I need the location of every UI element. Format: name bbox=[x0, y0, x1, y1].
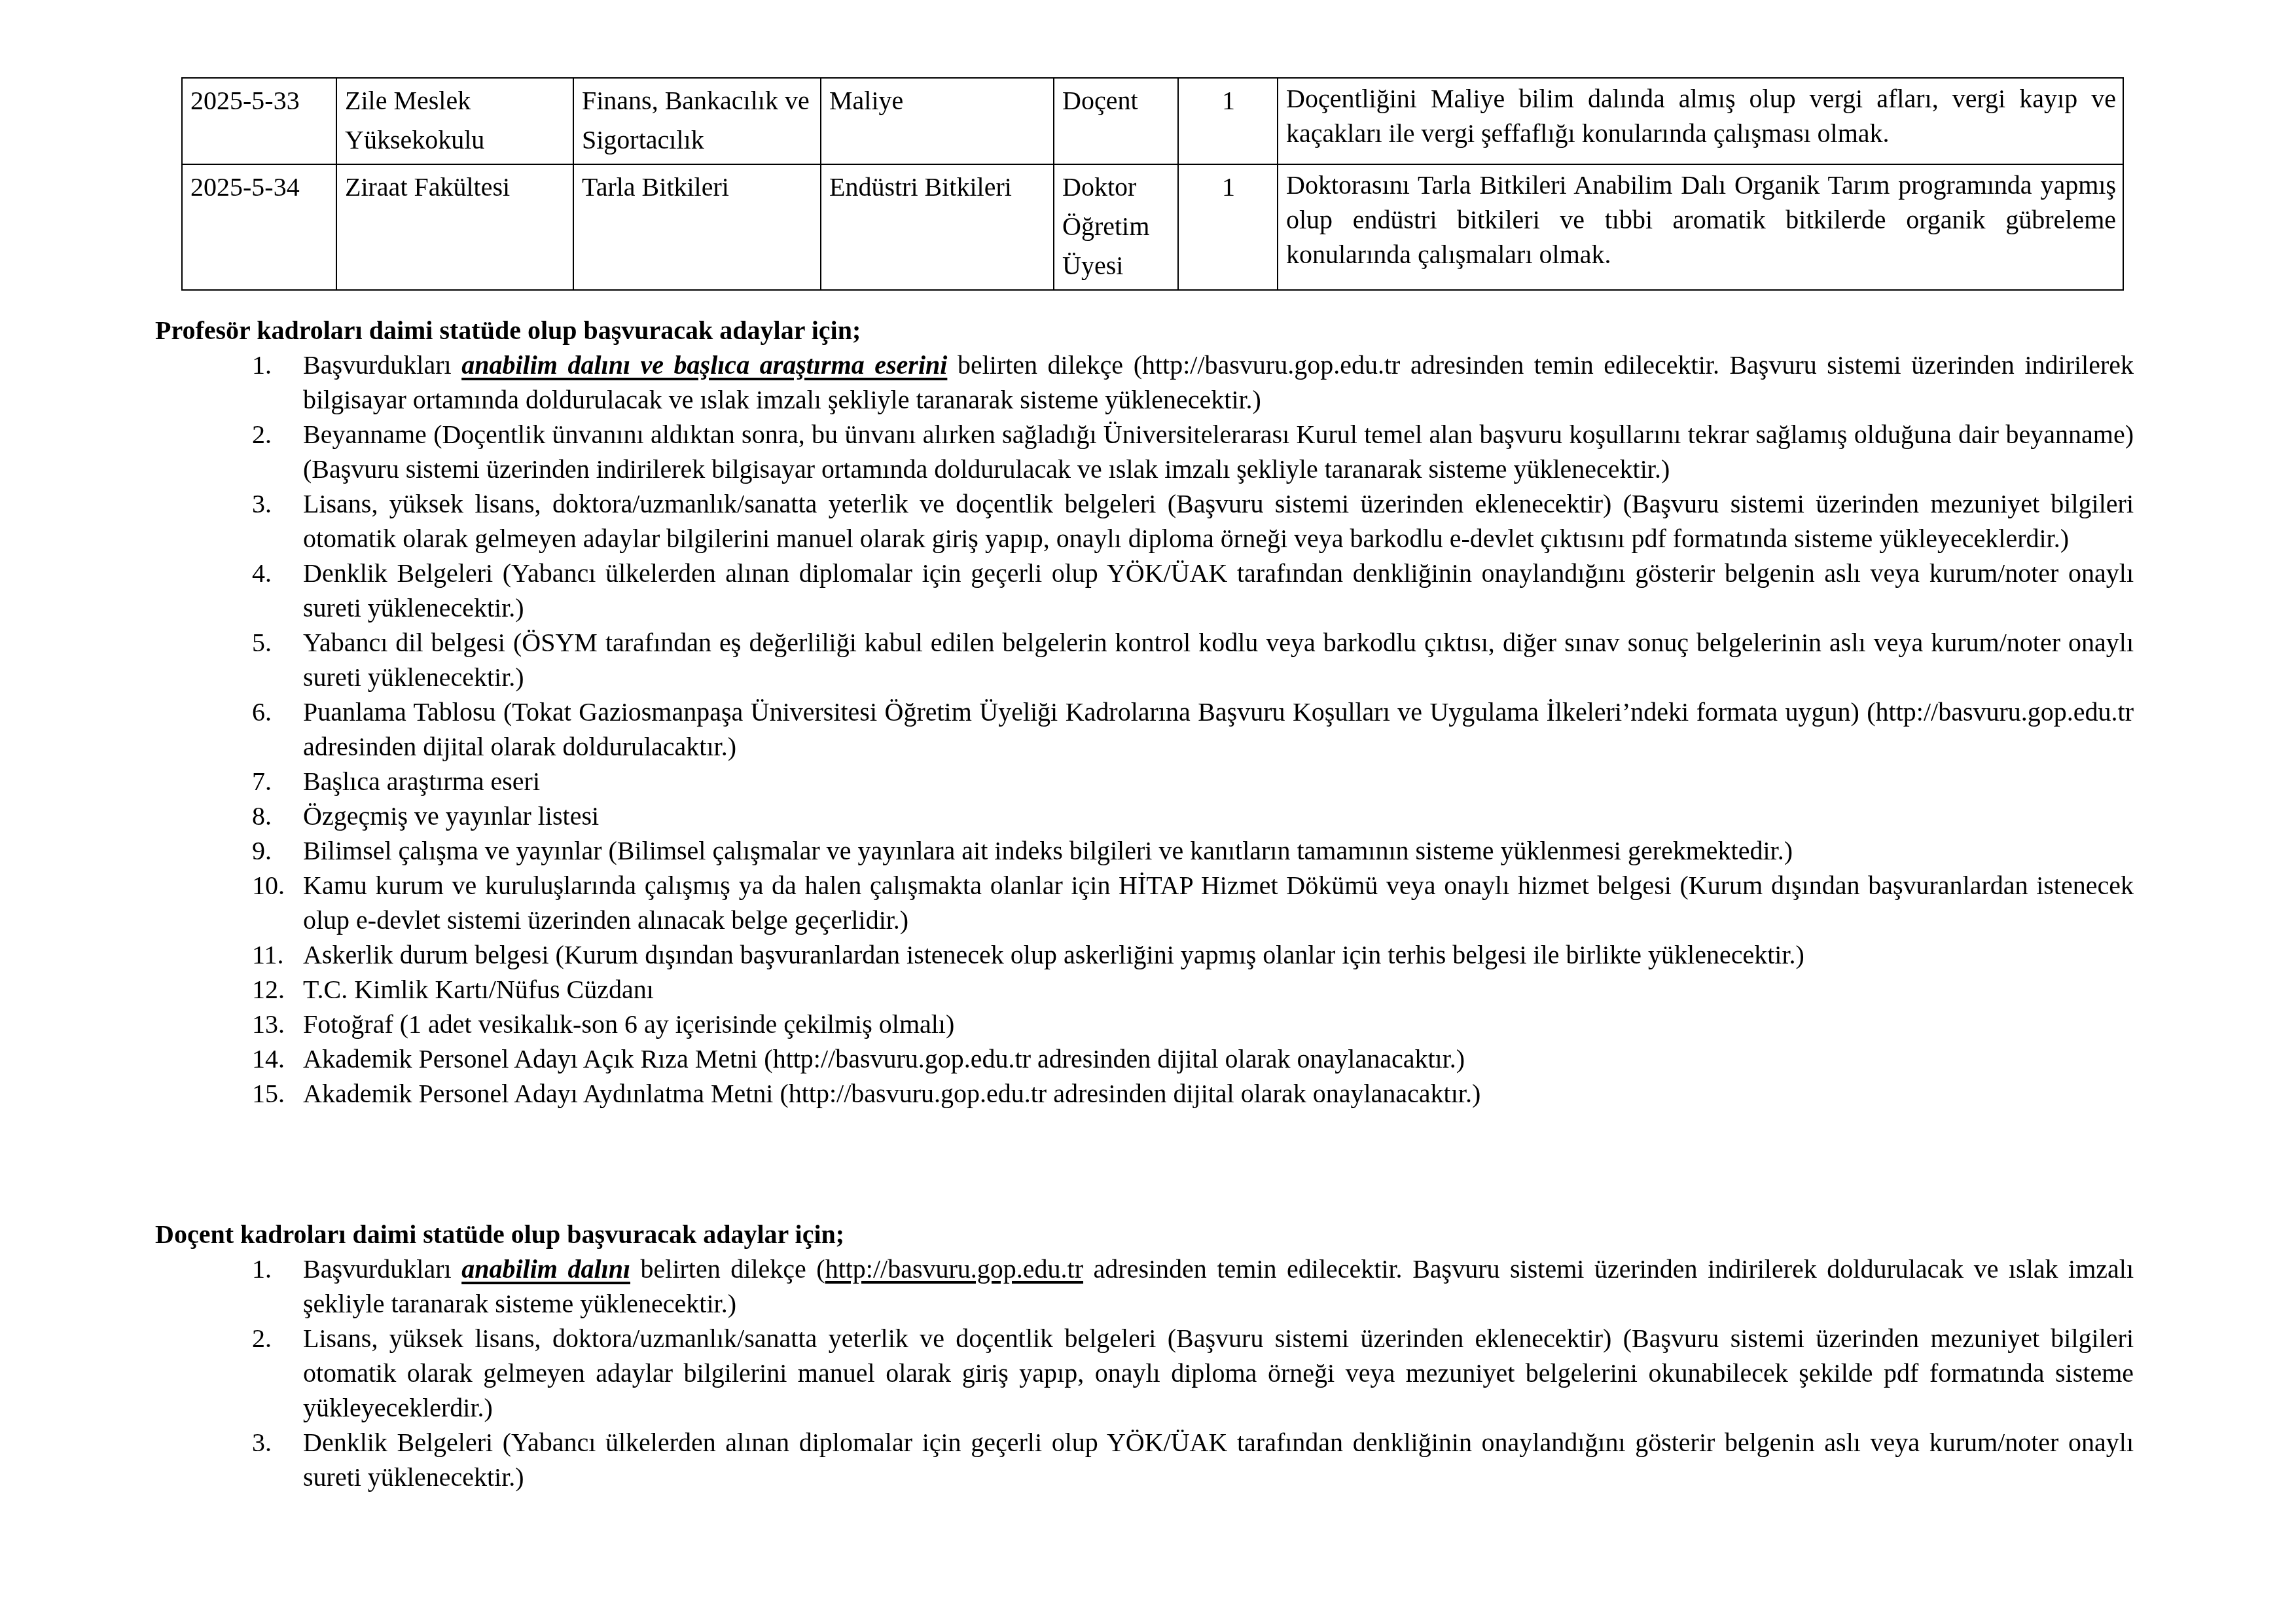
item-text: Askerlik durum belgesi (Kurum dışından b… bbox=[303, 937, 2134, 972]
item-number: 7. bbox=[252, 764, 272, 799]
item-text: Denklik Belgeleri (Yabancı ülkelerden al… bbox=[303, 1425, 2134, 1494]
cell-title: Doçent bbox=[1054, 78, 1178, 164]
item-number: 15. bbox=[252, 1076, 285, 1111]
list-item: 7.Başlıca araştırma eseri bbox=[249, 764, 2134, 799]
item-number: 8. bbox=[252, 799, 272, 833]
list-item: 3.Lisans, yüksek lisans, doktora/uzmanlı… bbox=[249, 486, 2134, 556]
item-number: 11. bbox=[252, 937, 284, 972]
item-text: Denklik Belgeleri (Yabancı ülkelerden al… bbox=[303, 556, 2134, 625]
item-number: 1. bbox=[252, 1252, 272, 1286]
list-item: 14.Akademik Personel Adayı Açık Rıza Met… bbox=[249, 1041, 2134, 1076]
item-number: 3. bbox=[252, 1425, 272, 1460]
docent-requirements-list: 1.Başvurdukları anabilim dalını belirten… bbox=[249, 1252, 2134, 1494]
professor-section-title: Profesör kadroları daimi statüde olup ba… bbox=[155, 313, 861, 348]
cell-count: 1 bbox=[1178, 164, 1278, 290]
cell-count: 1 bbox=[1178, 78, 1278, 164]
list-item: 1.Başvurdukları anabilim dalını belirten… bbox=[249, 1252, 2134, 1321]
professor-requirements-list: 1.Başvurdukları anabilim dalını ve başlı… bbox=[249, 348, 2134, 1111]
url-link[interactable]: http://basvuru.gop.edu.tr bbox=[825, 1254, 1083, 1284]
list-item: 13.Fotoğraf (1 adet vesikalık-son 6 ay i… bbox=[249, 1007, 2134, 1041]
item-text: Kamu kurum ve kuruluşlarında çalışmış ya… bbox=[303, 868, 2134, 937]
item-text: T.C. Kimlik Kartı/Nüfus Cüzdanı bbox=[303, 972, 2134, 1007]
list-item: 4.Denklik Belgeleri (Yabancı ülkelerden … bbox=[249, 556, 2134, 625]
list-item: 2.Beyanname (Doçentlik ünvanını aldıktan… bbox=[249, 417, 2134, 486]
list-item: 1.Başvurdukları anabilim dalını ve başlı… bbox=[249, 348, 2134, 417]
item-text: Lisans, yüksek lisans, doktora/uzmanlık/… bbox=[303, 1321, 2134, 1425]
cell-field: Endüstri Bitkileri bbox=[821, 164, 1054, 290]
item-text: Fotoğraf (1 adet vesikalık-son 6 ay içer… bbox=[303, 1007, 2134, 1041]
list-item: 10.Kamu kurum ve kuruluşlarında çalışmış… bbox=[249, 868, 2134, 937]
positions-table: 2025-5-33 Zile Meslek Yüksekokulu Finans… bbox=[181, 77, 2124, 291]
list-item: 11.Askerlik durum belgesi (Kurum dışında… bbox=[249, 937, 2134, 972]
item-text: Yabancı dil belgesi (ÖSYM tarafından eş … bbox=[303, 625, 2134, 695]
item-number: 3. bbox=[252, 486, 272, 521]
cell-requirement: Doktorasını Tarla Bitkileri Anabilim Dal… bbox=[1278, 164, 2123, 290]
item-number: 10. bbox=[252, 868, 285, 903]
item-text: Beyanname (Doçentlik ünvanını aldıktan s… bbox=[303, 417, 2134, 486]
cell-department: Tarla Bitkileri bbox=[573, 164, 821, 290]
cell-field: Maliye bbox=[821, 78, 1054, 164]
list-item: 8.Özgeçmiş ve yayınlar listesi bbox=[249, 799, 2134, 833]
emphasized-text: anabilim dalını ve başlıca araştırma ese… bbox=[461, 350, 947, 380]
item-text: Puanlama Tablosu (Tokat Gaziosmanpaşa Ün… bbox=[303, 695, 2134, 764]
cell-requirement: Doçentliğini Maliye bilim dalında almış … bbox=[1278, 78, 2123, 164]
item-text: Akademik Personel Adayı Açık Rıza Metni … bbox=[303, 1041, 2134, 1076]
item-text: Başvurdukları anabilim dalını belirten d… bbox=[303, 1252, 2134, 1321]
document-page: 2025-5-33 Zile Meslek Yüksekokulu Finans… bbox=[0, 0, 2296, 1624]
cell-unit: Zile Meslek Yüksekokulu bbox=[336, 78, 573, 164]
item-text: Başlıca araştırma eseri bbox=[303, 764, 2134, 799]
list-item: 12.T.C. Kimlik Kartı/Nüfus Cüzdanı bbox=[249, 972, 2134, 1007]
item-text: Akademik Personel Adayı Aydınlatma Metni… bbox=[303, 1076, 2134, 1111]
item-text: Bilimsel çalışma ve yayınlar (Bilimsel ç… bbox=[303, 833, 2134, 868]
docent-section-title: Doçent kadroları daimi statüde olup başv… bbox=[155, 1217, 844, 1252]
cell-department: Finans, Bankacılık ve Sigortacılık bbox=[573, 78, 821, 164]
item-number: 13. bbox=[252, 1007, 285, 1041]
table-row: 2025-5-34 Ziraat Fakültesi Tarla Bitkile… bbox=[182, 164, 2123, 290]
item-text: Özgeçmiş ve yayınlar listesi bbox=[303, 799, 2134, 833]
list-item: 5.Yabancı dil belgesi (ÖSYM tarafından e… bbox=[249, 625, 2134, 695]
list-item: 9.Bilimsel çalışma ve yayınlar (Bilimsel… bbox=[249, 833, 2134, 868]
list-item: 15.Akademik Personel Adayı Aydınlatma Me… bbox=[249, 1076, 2134, 1111]
item-number: 9. bbox=[252, 833, 272, 868]
list-item: 2.Lisans, yüksek lisans, doktora/uzmanlı… bbox=[249, 1321, 2134, 1425]
list-item: 6. Puanlama Tablosu (Tokat Gaziosmanpaşa… bbox=[249, 695, 2134, 764]
cell-unit: Ziraat Fakültesi bbox=[336, 164, 573, 290]
emphasized-text: anabilim dalını bbox=[461, 1254, 630, 1284]
item-text: Başvurdukları anabilim dalını ve başlıca… bbox=[303, 348, 2134, 417]
item-text: Lisans, yüksek lisans, doktora/uzmanlık/… bbox=[303, 486, 2134, 556]
cell-code: 2025-5-33 bbox=[182, 78, 336, 164]
item-number: 2. bbox=[252, 1321, 272, 1356]
item-number: 14. bbox=[252, 1041, 285, 1076]
item-number: 12. bbox=[252, 972, 285, 1007]
item-number: 5. bbox=[252, 625, 272, 660]
item-number: 2. bbox=[252, 417, 272, 452]
item-number: 6. bbox=[252, 695, 272, 729]
table-row: 2025-5-33 Zile Meslek Yüksekokulu Finans… bbox=[182, 78, 2123, 164]
cell-title: Doktor Öğretim Üyesi bbox=[1054, 164, 1178, 290]
item-number: 1. bbox=[252, 348, 272, 382]
list-item: 3.Denklik Belgeleri (Yabancı ülkelerden … bbox=[249, 1425, 2134, 1494]
item-number: 4. bbox=[252, 556, 272, 590]
cell-code: 2025-5-34 bbox=[182, 164, 336, 290]
